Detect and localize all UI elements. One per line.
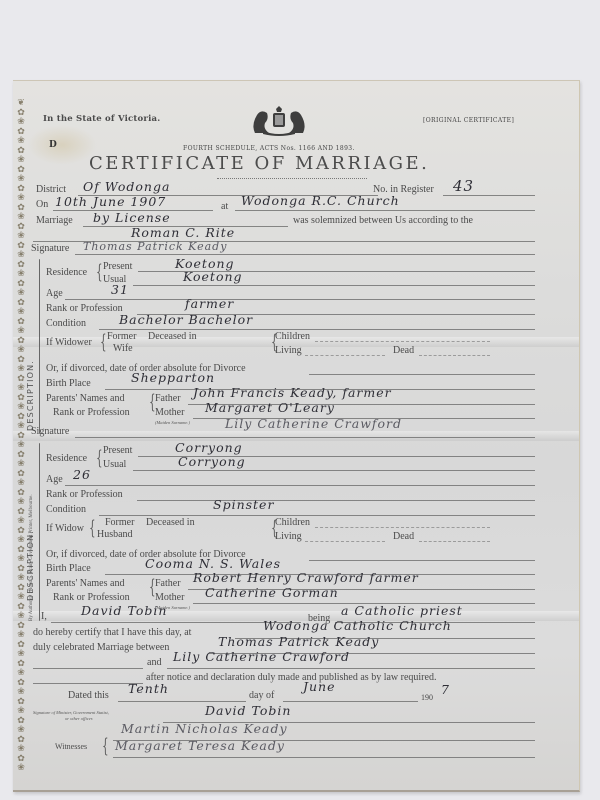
witness-2-value: Margaret Teresa Keady (115, 738, 285, 753)
celebrated-label: duly celebrated Marriage between (33, 642, 169, 653)
groom-parents-label: Parents' Names and (46, 393, 124, 404)
bride-age-line (65, 485, 535, 486)
dated-day-value: Tenth (128, 681, 169, 696)
bride-children-label: Children (275, 517, 310, 528)
dated-day-line (118, 701, 246, 702)
coat-of-arms-icon (249, 105, 309, 137)
groom-residence-usual: Koetong (183, 269, 243, 284)
minister-name-value: David Tobin (81, 603, 167, 618)
bride-children-line (315, 527, 490, 528)
bride-description-bracket (39, 443, 40, 621)
after-notice-label: after notice and declaration duly made a… (146, 672, 436, 683)
after-notice-line (33, 683, 143, 684)
minister-signature-caption-1: Signature of Minister, Government Statis… (33, 710, 109, 715)
place-value: Wodonga R.C. Church (241, 193, 400, 208)
dated-this-label: Dated this (68, 690, 109, 701)
paper-fold (13, 431, 579, 441)
groom-father-value: John Francis Keady, farmer (193, 385, 392, 400)
bride-birthplace-value: Cooma N. S. Wales (145, 556, 281, 571)
minister-signature-caption-2: or other officer. (65, 716, 93, 721)
groom-dead-label: Dead (393, 345, 414, 356)
rite-value: Roman C. Rite (131, 225, 235, 240)
bride-parents-label: Parents' Names and (46, 578, 124, 589)
party-1-value: Thomas Patrick Keady (218, 634, 379, 649)
groom-dead-line (419, 355, 490, 356)
dated-month-value: June (303, 679, 336, 694)
bride-age-label: Age (46, 474, 63, 485)
groom-age-label: Age (46, 288, 63, 299)
solemnized-label: was solemnized between Us according to t… (293, 215, 473, 226)
bride-residence-usual: Corryong (178, 454, 246, 469)
state-heading: In the State of Victoria. (43, 114, 160, 124)
place-line (235, 210, 535, 211)
groom-children-line (315, 341, 490, 342)
groom-description-bracket (39, 259, 40, 434)
groom-signature-line (75, 254, 535, 255)
groom-living-label: Living (275, 345, 302, 356)
groom-father-label: Father (155, 393, 181, 404)
groom-parents-rank-label: Rank or Profession (53, 407, 130, 418)
groom-description-label: DESCRIPTION. (26, 360, 35, 431)
bride-rank-line (137, 500, 535, 501)
groom-divorced-line (309, 374, 535, 375)
year-prefix-label: 190 (421, 693, 433, 702)
minister-signature-value: David Tobin (205, 703, 291, 718)
bride-dead-label: Dead (393, 531, 414, 542)
original-certificate-label: [ORIGINAL CERTIFICATE] (423, 117, 514, 124)
bride-signature-label: Signature (31, 426, 69, 437)
groom-mother-value: Margaret O'Leary (205, 400, 335, 415)
certify-label: do hereby certify that I have this day, … (33, 627, 191, 638)
bride-living-label: Living (275, 531, 302, 542)
brace: { (96, 261, 102, 281)
groom-condition-label: Condition (46, 318, 86, 329)
register-line (443, 195, 535, 196)
groom-birthplace-label: Birth Place (46, 378, 91, 389)
groom-birthplace-value: Shepparton (131, 370, 215, 385)
brace: { (102, 735, 108, 755)
bride-residence-present: Corryong (175, 440, 243, 455)
and-left-line (33, 668, 143, 669)
paper-stain (27, 125, 97, 165)
marriage-label: Marriage (36, 215, 73, 226)
bride-condition-label: Condition (46, 504, 86, 515)
groom-deceased-label: Deceased in (148, 331, 197, 342)
groom-usual-line (133, 285, 535, 286)
on-label: On (36, 199, 48, 210)
groom-age-line (65, 299, 535, 300)
brace: { (100, 331, 106, 351)
groom-signature-label: Signature (31, 243, 69, 254)
day-of-label: day of (249, 690, 274, 701)
ornamental-border: ❦✿❀✿❀✿❀✿❀✿❀✿❀✿❀✿❀✿❀✿❀✿❀✿❀✿❀✿❀✿❀✿❀✿❀✿❀✿❀✿… (16, 99, 26, 779)
bride-living-line (305, 541, 385, 542)
dated-year-value: 7 (441, 682, 450, 697)
groom-age-value: 31 (111, 282, 129, 297)
brace: { (89, 517, 95, 537)
groom-rank-label: Rank or Profession (46, 303, 123, 314)
groom-present-label: Present (103, 261, 132, 272)
groom-rank-value: farmer (185, 296, 234, 311)
groom-condition-value: Bachelor Bachelor (119, 312, 253, 327)
bride-if-widow-label: If Widow (46, 523, 84, 534)
bride-deceased-label: Deceased in (146, 517, 195, 528)
witness-2-line (113, 757, 535, 758)
bride-former-label: Former (105, 517, 134, 528)
groom-living-line (305, 355, 385, 356)
minister-role-value: a Catholic priest (341, 603, 463, 618)
groom-wife-label: Wife (113, 343, 133, 354)
bride-signature-line (75, 437, 535, 438)
party-2-value: Lily Catherine Crawford (173, 649, 350, 664)
bride-age-value: 26 (73, 467, 91, 482)
party-2-line (167, 668, 535, 669)
brace: { (96, 447, 102, 467)
bride-mother-label: Mother (155, 592, 184, 603)
bride-residence-label: Residence (46, 453, 87, 464)
bride-husband-label: Husband (97, 529, 133, 540)
bride-father-label: Father (155, 578, 181, 589)
bride-condition-value: Spinster (213, 497, 274, 512)
bride-birthplace-label: Birth Place (46, 563, 91, 574)
groom-maiden-surname-label: (Maiden Surname.) (155, 420, 190, 425)
form-letter: D (49, 140, 57, 150)
witnesses-label: Witnesses (55, 742, 87, 751)
title-underline (217, 175, 367, 179)
bride-signature-value: Lily Catherine Crawford (225, 416, 402, 431)
bride-mother-value: Catherine Gorman (205, 585, 339, 600)
bride-parents-rank-label: Rank or Profession (53, 592, 130, 603)
bride-condition-line (99, 515, 535, 516)
bride-dead-line (419, 541, 490, 542)
district-value: Of Wodonga (83, 179, 170, 194)
groom-signature-value: Thomas Patrick Keady (83, 240, 227, 253)
bride-father-value: Robert Henry Crawford farmer (193, 570, 419, 585)
bride-rank-label: Rank or Profession (46, 489, 123, 500)
groom-if-widower-label: If Widower (46, 337, 92, 348)
bride-present-label: Present (103, 445, 132, 456)
at-label: at (221, 201, 228, 212)
witness-1-value: Martin Nicholas Keady (121, 721, 288, 736)
marriage-by-value: by License (93, 210, 171, 225)
groom-residence-label: Residence (46, 267, 87, 278)
and-label: and (147, 657, 161, 668)
church-value: Wodonga Catholic Church (263, 618, 452, 633)
marriage-certificate: ❦✿❀✿❀✿❀✿❀✿❀✿❀✿❀✿❀✿❀✿❀✿❀✿❀✿❀✿❀✿❀✿❀✿❀✿❀✿❀✿… (13, 80, 580, 792)
bride-divorced-line (309, 560, 535, 561)
groom-condition-line (99, 329, 535, 330)
groom-mother-label: Mother (155, 407, 184, 418)
i-label: I, (41, 611, 47, 622)
register-value: 43 (453, 177, 474, 195)
bride-description-label: DESCRIPTION. (26, 530, 35, 601)
certificate-title: CERTIFICATE OF MARRIAGE. (89, 153, 429, 174)
dated-month-line (283, 701, 418, 702)
bride-usual-label: Usual (103, 459, 126, 470)
schedule-label: FOURTH SCHEDULE, ACTS Nos. 1166 AND 1893… (183, 145, 355, 152)
bride-usual-line (133, 470, 535, 471)
groom-children-label: Children (275, 331, 310, 342)
date-value: 10th June 1907 (55, 194, 166, 209)
groom-former-label: Former (107, 331, 136, 342)
